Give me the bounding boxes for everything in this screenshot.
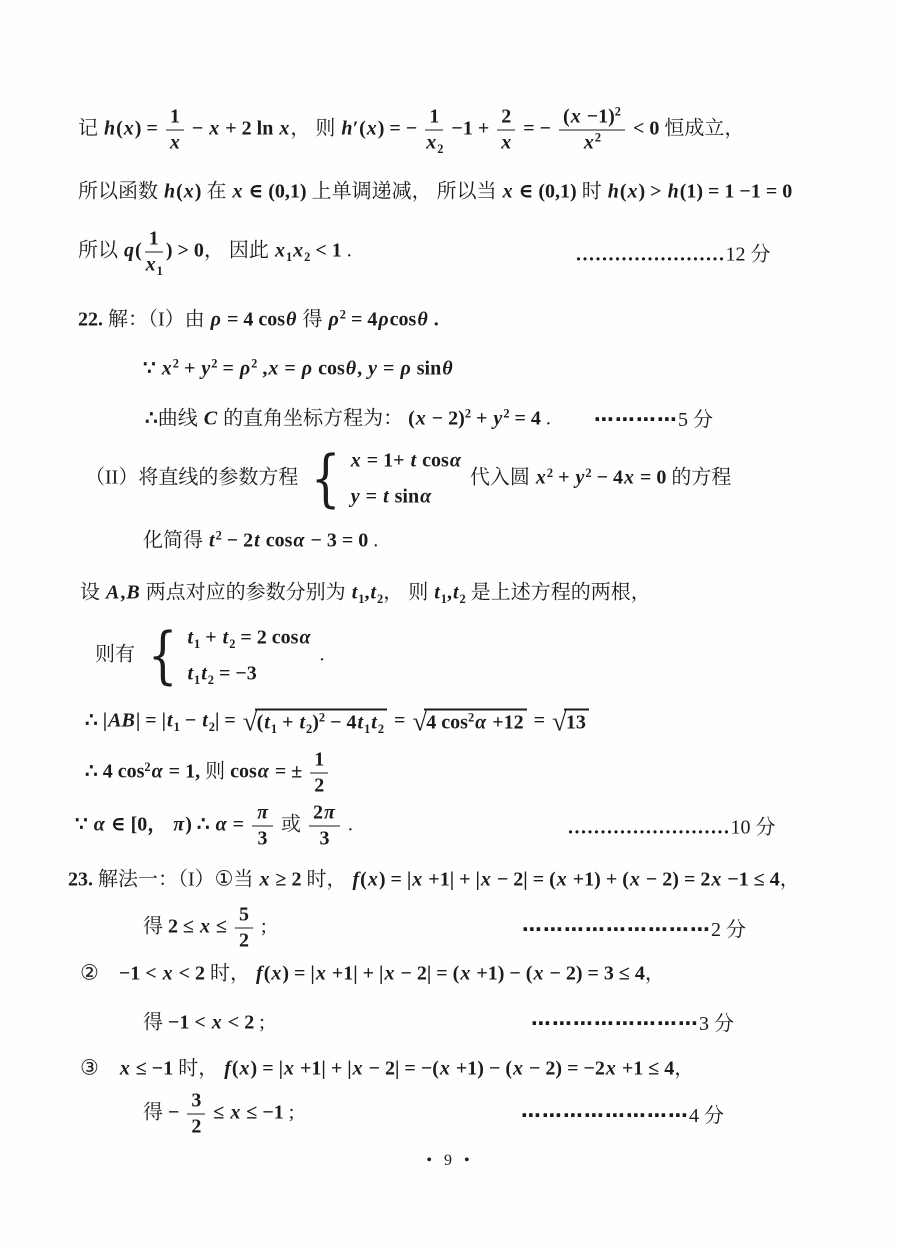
math-text: + bbox=[553, 467, 574, 489]
text: 5 分 bbox=[678, 409, 713, 431]
text: 记 bbox=[78, 118, 103, 140]
dotted-leader: ....................... bbox=[576, 244, 726, 266]
left-brace: { bbox=[148, 630, 178, 683]
radicand: 4 cos2α +12 bbox=[424, 709, 526, 736]
math-variable: α bbox=[216, 814, 227, 836]
math-variable: t bbox=[254, 530, 260, 552]
text: 10 分 bbox=[731, 817, 776, 839]
numerator: 1 bbox=[425, 106, 443, 131]
math-text: ∵ bbox=[143, 358, 161, 380]
math-text: +1| + | bbox=[327, 963, 384, 985]
math-variable: x bbox=[351, 450, 361, 472]
text: 上单调递减， 所以当 bbox=[307, 181, 502, 203]
brace-row: y = t sinα bbox=[350, 485, 432, 510]
math-text: ( bbox=[359, 118, 366, 140]
math-text: ( bbox=[620, 181, 627, 203]
math-text: ( bbox=[264, 963, 271, 985]
math-text: 2 bbox=[501, 106, 511, 128]
math-variable: t bbox=[358, 712, 364, 734]
math-text: +1| + | bbox=[295, 1058, 352, 1080]
text: 3 分 bbox=[699, 1013, 734, 1035]
math-variable: α bbox=[450, 450, 461, 472]
math-text: 2 bbox=[314, 775, 324, 797]
line-q23-case3: ③ x ≤ −1 时， f(x) = |x +1| + |x − 2| = −(… bbox=[80, 1055, 694, 1082]
math-variable: t bbox=[201, 663, 207, 685]
line-q22-vieta: 则有 {t1 + t2 = 2 cosαt1t2 = −3 . bbox=[95, 626, 325, 687]
math-variable: x bbox=[124, 118, 134, 140]
text: ， 因此 bbox=[204, 240, 274, 262]
document-page: 记 h(x) = 1x − x + 2 ln x， 则 h′(x) = − 1x… bbox=[0, 0, 900, 1246]
math-text: 1 bbox=[170, 106, 180, 128]
text: 4 分 bbox=[689, 1105, 724, 1127]
math-variable: x bbox=[275, 240, 285, 262]
line-q22-simplified: 化简得 t2 − 2t cosα − 3 = 0 . bbox=[143, 529, 378, 554]
math-variable: h bbox=[104, 118, 115, 140]
math-variable: y bbox=[201, 358, 210, 380]
numerator: 1 bbox=[310, 749, 328, 774]
denominator: x1 bbox=[145, 253, 163, 277]
math-variable: x bbox=[230, 1102, 240, 1124]
denominator: 2 bbox=[310, 774, 328, 798]
math-text: sin bbox=[412, 358, 441, 380]
math-text: = bbox=[389, 710, 410, 732]
math-text: ∴ | bbox=[85, 710, 107, 732]
math-text: 1 bbox=[314, 749, 324, 771]
math-text: − bbox=[180, 710, 201, 732]
math-variable: θ bbox=[417, 309, 427, 331]
circled-number: ② bbox=[80, 961, 99, 985]
math-variable: h bbox=[608, 181, 619, 203]
math-text: ≤ −1 bbox=[131, 1058, 173, 1080]
denominator: 2 bbox=[235, 929, 253, 953]
math-variable: h′ bbox=[341, 118, 358, 140]
math-text: < 0 bbox=[628, 118, 659, 140]
math-text: = 0 bbox=[635, 467, 666, 489]
math-text: = bbox=[361, 486, 382, 508]
text: （II）将直线的参数方程 bbox=[85, 467, 303, 489]
fraction: π3 bbox=[252, 802, 273, 851]
math-variable: x bbox=[536, 467, 546, 489]
math-variable: α bbox=[258, 761, 269, 783]
leader-3-points: ⋯⋯⋯⋯⋯⋯⋯⋯3 分 bbox=[531, 1011, 734, 1037]
math-variable: x bbox=[146, 254, 156, 276]
math-text: 2 ≤ bbox=[168, 916, 199, 938]
math-variable: t bbox=[453, 582, 459, 604]
text: ; bbox=[256, 916, 267, 938]
math-variable: x bbox=[412, 869, 422, 891]
fraction: 1x bbox=[166, 106, 184, 155]
subscript: 2 bbox=[437, 142, 443, 156]
text: 两点对应的参数分别为 bbox=[141, 582, 351, 604]
math-text: +1) − ( bbox=[451, 1058, 512, 1080]
numerator: 1 bbox=[166, 106, 184, 131]
math-text: + bbox=[200, 627, 221, 649]
math-text: ≤ bbox=[208, 1102, 229, 1124]
math-text: ) ∴ bbox=[185, 814, 214, 836]
denominator: 2 bbox=[187, 1115, 205, 1139]
math-text: − 2) = −2 bbox=[524, 1058, 605, 1080]
math-text: ∴ bbox=[145, 408, 158, 430]
math-text: ≤ −1 bbox=[241, 1102, 283, 1124]
math-text: ( bbox=[257, 712, 264, 734]
math-text: − 2) = 3 ≤ 4 bbox=[544, 963, 644, 985]
math-text: < 2 bbox=[174, 963, 205, 985]
dotted-leader: ⋯⋯⋯⋯⋯⋯⋯⋯ bbox=[531, 1011, 699, 1035]
brace-group: {x = 1+ t cosαy = t sinα bbox=[306, 449, 462, 510]
math-variable: t bbox=[383, 486, 389, 508]
math-text: cos bbox=[230, 761, 257, 783]
leader-10-points: .........................10 分 bbox=[568, 816, 776, 841]
math-text: = ± bbox=[270, 761, 307, 783]
text: 时， bbox=[205, 963, 255, 985]
text: 的方程 bbox=[666, 467, 731, 489]
math-text: −1 + bbox=[446, 118, 494, 140]
text: ， bbox=[780, 869, 800, 891]
circled-number: ③ bbox=[80, 1056, 99, 1080]
text: 解法一：（I） bbox=[93, 869, 215, 891]
leader-5-points: ⋯⋯⋯⋯5 分 bbox=[594, 407, 713, 433]
math-variable: x bbox=[503, 181, 513, 203]
text: ; bbox=[284, 1102, 295, 1124]
math-variable: ρ bbox=[211, 309, 221, 331]
page-number: • 9 • bbox=[426, 1152, 473, 1170]
math-text: ∈ [0， bbox=[106, 814, 172, 836]
text: . bbox=[368, 530, 378, 552]
math-variable: t bbox=[167, 710, 173, 732]
line-q22-roots-setup: 设 A,B 两点对应的参数分别为 t1,t2， 则 t1,t2 是上述方程的两根… bbox=[80, 581, 651, 606]
math-text: −1 ≤ 4 bbox=[722, 869, 779, 891]
square-root: √4 cos2α +12 bbox=[412, 709, 526, 736]
math-text: = −3 bbox=[214, 663, 257, 685]
math-variable: α bbox=[420, 486, 431, 508]
radicand: (t1 + t2)2 − 4t1t2 bbox=[255, 709, 387, 736]
radicand: 13 bbox=[564, 709, 589, 736]
math-text: 5 bbox=[239, 904, 249, 926]
numerator: π bbox=[252, 802, 273, 827]
math-variable: θ bbox=[442, 358, 452, 380]
math-text: ( bbox=[408, 408, 415, 430]
text: 曲线 bbox=[158, 408, 203, 430]
math-text: = bbox=[217, 358, 238, 380]
math-variable: x bbox=[212, 1012, 222, 1034]
math-text: 23. bbox=[68, 869, 93, 891]
brace-row: t1t2 = −3 bbox=[186, 662, 256, 687]
math-variable: α bbox=[475, 712, 486, 734]
math-text: cos bbox=[313, 358, 345, 380]
math-variable: x bbox=[268, 358, 278, 380]
math-text: − 3 = 0 bbox=[305, 530, 368, 552]
math-variable: ρ bbox=[240, 358, 250, 380]
math-text: cos bbox=[390, 309, 417, 331]
fraction: 12 bbox=[310, 749, 328, 798]
math-text: 2 bbox=[239, 930, 249, 952]
superscript: 2 bbox=[595, 131, 601, 145]
math-text: < 2 bbox=[223, 1012, 254, 1034]
math-variable: x bbox=[240, 1058, 250, 1080]
text: 得 bbox=[143, 1102, 168, 1124]
math-variable: t bbox=[264, 712, 270, 734]
math-variable: f bbox=[256, 963, 263, 985]
math-variable: t bbox=[370, 582, 376, 604]
math-text: + 2 ln bbox=[220, 118, 278, 140]
math-text: , bbox=[357, 358, 367, 380]
math-variable: x bbox=[628, 181, 638, 203]
fraction: 1x2 bbox=[425, 106, 443, 155]
math-text: −1 < bbox=[168, 1012, 211, 1034]
math-text: ) = bbox=[135, 118, 163, 140]
math-variable: x bbox=[120, 1058, 130, 1080]
math-variable: x bbox=[460, 963, 470, 985]
math-text: | = | bbox=[136, 710, 166, 732]
text: . bbox=[541, 408, 551, 430]
math-variable: x bbox=[426, 132, 436, 154]
text: 或 bbox=[276, 814, 306, 836]
math-variable: t bbox=[202, 710, 208, 732]
line-q22-cos-solve: ∴ 4 cos2α = 1, 则 cosα = ± 12 bbox=[85, 749, 331, 798]
subscript: 2 bbox=[378, 722, 384, 736]
math-text: = bbox=[228, 814, 249, 836]
line-q22-because: ∵ x2 + y2 = ρ2 ,x = ρ cosθ, y = ρ sinθ bbox=[143, 357, 454, 382]
math-variable: π bbox=[173, 814, 184, 836]
math-variable: f bbox=[352, 869, 359, 891]
text: 当 bbox=[234, 869, 259, 891]
math-text: 3 bbox=[191, 1090, 201, 1112]
text bbox=[99, 963, 119, 985]
math-text: = 2 cos bbox=[235, 627, 298, 649]
math-text: ) > 0 bbox=[166, 240, 204, 262]
superscript: 2 bbox=[468, 711, 474, 725]
text: 得 bbox=[297, 309, 327, 331]
math-variable: x bbox=[367, 118, 377, 140]
math-text: = bbox=[378, 358, 399, 380]
math-text: = bbox=[529, 710, 550, 732]
math-text: = 4 cos bbox=[222, 309, 285, 331]
subscript: 1 bbox=[364, 722, 370, 736]
math-text: (1) = 1 −1 = 0 bbox=[680, 181, 793, 203]
math-text: ( bbox=[563, 106, 570, 128]
math-variable: x bbox=[513, 1058, 523, 1080]
brace-rows: x = 1+ t cosαy = t sinα bbox=[350, 449, 462, 510]
text: . bbox=[342, 240, 352, 262]
math-variable: x bbox=[501, 132, 511, 154]
text: ， bbox=[674, 1058, 694, 1080]
brace-row: t1 + t2 = 2 cosα bbox=[186, 626, 311, 651]
math-variable: x bbox=[232, 181, 242, 203]
dotted-leader: ⋯⋯⋯⋯⋯⋯⋯⋯ bbox=[521, 1103, 689, 1127]
math-text: sin bbox=[390, 486, 419, 508]
dotted-leader: ......................... bbox=[568, 817, 731, 839]
math-text: = 1+ bbox=[362, 450, 410, 472]
math-variable: ρ bbox=[302, 358, 312, 380]
leader-4-points: ⋯⋯⋯⋯⋯⋯⋯⋯4 分 bbox=[521, 1103, 724, 1129]
math-variable: t bbox=[299, 712, 305, 734]
math-variable: α bbox=[94, 814, 105, 836]
math-text: ( bbox=[176, 181, 183, 203]
math-variable: θ bbox=[286, 309, 296, 331]
math-text: − 2| = ( bbox=[492, 869, 556, 891]
math-text: cos bbox=[261, 530, 293, 552]
text: . bbox=[343, 814, 353, 836]
math-text: +1) − ( bbox=[471, 963, 532, 985]
math-text: 3 bbox=[258, 828, 268, 850]
math-variable: ρ bbox=[378, 309, 388, 331]
brace-row: x = 1+ t cosα bbox=[350, 449, 462, 474]
math-text: +12 bbox=[487, 712, 523, 734]
math-text: , bbox=[120, 582, 125, 604]
line-q23-case2: ② −1 < x < 2 时， f(x) = |x +1| + |x − 2| … bbox=[80, 960, 665, 987]
text: 所以 bbox=[78, 240, 123, 262]
text: 化简得 bbox=[143, 530, 208, 552]
math-text: ( bbox=[232, 1058, 239, 1080]
text: 12 分 bbox=[726, 244, 771, 266]
text: ， 则 bbox=[290, 118, 340, 140]
text bbox=[99, 1058, 119, 1080]
math-text: +1| + | bbox=[423, 869, 480, 891]
math-variable: x bbox=[606, 1058, 616, 1080]
math-variable: x bbox=[368, 869, 378, 891]
math-variable: x bbox=[384, 963, 394, 985]
math-text: ( bbox=[116, 118, 123, 140]
math-text: − 2| = ( bbox=[395, 963, 459, 985]
math-variable: x bbox=[162, 358, 172, 380]
numerator: 2π bbox=[309, 802, 340, 827]
math-variable: f bbox=[224, 1058, 231, 1080]
math-text: ) = | bbox=[282, 963, 314, 985]
math-variable: t bbox=[352, 582, 358, 604]
text: 时， bbox=[173, 1058, 223, 1080]
fraction: 2π3 bbox=[309, 802, 340, 851]
math-variable: x bbox=[571, 106, 581, 128]
text: 时， bbox=[301, 869, 351, 891]
line-q23-case3-result: 得 − 32 ≤ x ≤ −1 ; bbox=[143, 1090, 294, 1139]
denominator: x bbox=[166, 131, 184, 155]
numerator: 5 bbox=[235, 904, 253, 929]
math-variable: α bbox=[152, 761, 163, 783]
math-variable: θ bbox=[346, 358, 356, 380]
brace-rows: t1 + t2 = 2 cosαt1t2 = −3 bbox=[186, 626, 311, 687]
math-text: < 1 bbox=[310, 240, 341, 262]
math-variable: t bbox=[209, 530, 215, 552]
fraction: 1x1 bbox=[145, 228, 163, 277]
denominator: x bbox=[497, 131, 515, 155]
math-text: = 4 bbox=[346, 309, 377, 331]
text: 恒成立， bbox=[659, 118, 744, 140]
text: 的直角坐标方程为： bbox=[218, 408, 408, 430]
math-variable: t bbox=[371, 712, 377, 734]
text: 是上述方程的两根， bbox=[466, 582, 651, 604]
math-text: − 2) = 2 bbox=[641, 869, 710, 891]
leader-12-points: .......................12 分 bbox=[576, 243, 771, 268]
circled-number: ① bbox=[215, 867, 234, 891]
line-q21-derivative: 记 h(x) = 1x − x + 2 ln x， 则 h′(x) = − 1x… bbox=[78, 106, 744, 155]
math-variable: y bbox=[576, 467, 585, 489]
math-variable: x bbox=[416, 408, 426, 430]
brace-group: {t1 + t2 = 2 cosαt1t2 = −3 bbox=[143, 626, 312, 687]
math-text: +1) + ( bbox=[568, 869, 629, 891]
line-q22-part2-substitute: （II）将直线的参数方程 {x = 1+ t cosαy = t sinα 代入… bbox=[85, 449, 731, 510]
math-variable: x bbox=[557, 869, 567, 891]
math-variable: x bbox=[584, 132, 594, 154]
math-variable: x bbox=[209, 118, 219, 140]
math-variable: h bbox=[668, 181, 679, 203]
math-variable: x bbox=[170, 132, 180, 154]
math-text: 2 bbox=[313, 802, 323, 824]
math-text: ) = | bbox=[251, 1058, 283, 1080]
text: 时 bbox=[577, 181, 607, 203]
line-q21-conclusion: 所以 q(1x1) > 0， 因此 x1x2 < 1 . bbox=[78, 228, 352, 277]
denominator: 3 bbox=[252, 827, 273, 851]
fraction: (x −1)2x2 bbox=[559, 106, 625, 155]
math-text: ) = − bbox=[378, 118, 422, 140]
math-text: + bbox=[471, 408, 492, 430]
math-variable: t bbox=[187, 663, 193, 685]
math-variable: x bbox=[316, 963, 326, 985]
math-variable: x bbox=[353, 1058, 363, 1080]
math-text: + bbox=[277, 712, 298, 734]
numerator: 1 bbox=[145, 228, 163, 253]
math-text: ∈ (0,1) bbox=[243, 181, 306, 203]
superscript: 2 bbox=[144, 760, 150, 774]
math-variable: x bbox=[279, 118, 289, 140]
math-variable: x bbox=[271, 963, 281, 985]
denominator: x2 bbox=[425, 131, 443, 155]
superscript: 2 bbox=[615, 105, 621, 119]
math-variable: C bbox=[204, 408, 217, 430]
math-text: ( bbox=[135, 240, 142, 262]
math-variable: x bbox=[533, 963, 543, 985]
fraction: 32 bbox=[187, 1090, 205, 1139]
math-text: , bbox=[447, 582, 452, 604]
text: 解：（I）由 bbox=[103, 309, 210, 331]
denominator: x2 bbox=[559, 131, 625, 155]
text: ; bbox=[254, 1012, 265, 1034]
math-variable: y bbox=[368, 358, 377, 380]
math-text: 3 bbox=[319, 828, 329, 850]
math-variable: x bbox=[260, 869, 270, 891]
math-text: | = bbox=[215, 710, 241, 732]
math-variable: x bbox=[200, 916, 210, 938]
line-q23-case2-result: 得 −1 < x < 2 ; bbox=[143, 1011, 265, 1036]
math-text: ∈ (0,1) bbox=[514, 181, 577, 203]
subscript: 1 bbox=[194, 673, 200, 687]
numerator: (x −1)2 bbox=[559, 106, 625, 131]
math-variable: ρ bbox=[328, 309, 338, 331]
math-text: 1 bbox=[429, 106, 439, 128]
math-text: ) bbox=[312, 712, 319, 734]
math-text: . bbox=[429, 309, 439, 331]
text: 得 bbox=[143, 916, 168, 938]
math-variable: q bbox=[124, 240, 134, 262]
math-variable: α bbox=[299, 627, 310, 649]
math-variable: x bbox=[711, 869, 721, 891]
fraction: 52 bbox=[235, 904, 253, 953]
leader-2-points: ⋯⋯⋯⋯⋯⋯⋯⋯⋯2 分 bbox=[522, 917, 746, 943]
math-text: − 2| = −( bbox=[364, 1058, 439, 1080]
numerator: 3 bbox=[187, 1090, 205, 1115]
math-text: = bbox=[279, 358, 300, 380]
dotted-leader: ⋯⋯⋯⋯⋯⋯⋯⋯⋯ bbox=[522, 917, 711, 941]
math-variable: x bbox=[481, 869, 491, 891]
math-text: = 1, bbox=[164, 761, 200, 783]
math-text: , bbox=[364, 582, 369, 604]
text: 则 bbox=[200, 761, 230, 783]
line-q23-case1: 23. 解法一：（I）①当 x ≥ 2 时， f(x) = |x +1| + |… bbox=[68, 866, 800, 893]
math-text: ∴ 4 cos bbox=[85, 761, 144, 783]
math-variable: t bbox=[411, 450, 417, 472]
fraction: 2x bbox=[497, 106, 515, 155]
left-brace: { bbox=[311, 453, 341, 506]
math-variable: x bbox=[630, 869, 640, 891]
